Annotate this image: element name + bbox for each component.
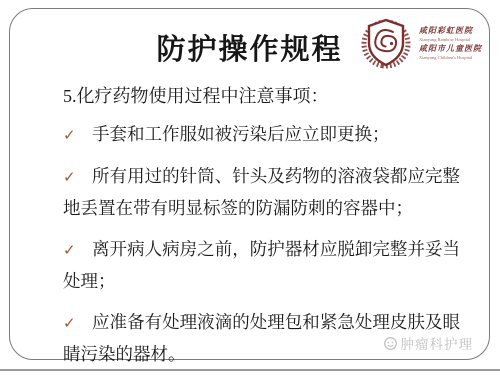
watermark-label: 肿瘤科护理: [401, 333, 474, 353]
check-icon: ✓: [63, 308, 92, 339]
hospital-names: 咸阳彩虹医院 Xianyang Rainbow Hospital 咸阳市儿童医院…: [419, 26, 483, 60]
bullet-item: ✓手套和工作服如被污染后应立即更换；: [63, 119, 460, 151]
bullet-text: 手套和工作服如被污染后应立即更换；: [92, 124, 390, 144]
bullet-item: ✓离开病人病房之前，防护器材应脱卸完整并妥当处理；: [63, 234, 460, 297]
hospital-logo: 咸阳彩虹医院 Xianyang Rainbow Hospital 咸阳市儿童医院…: [358, 17, 483, 69]
slide-body: 5.化疗药物使用过程中注意事项： ✓手套和工作服如被污染后应立即更换； ✓所有用…: [63, 81, 460, 375]
slide: 防护操作规程 咸阳彩虹医院 Xianyang Rainbow Hospital …: [9, 8, 490, 360]
watermark-face-icon: [383, 336, 398, 351]
bullet-text: 所有用过的针筒、针头及药物的溶液袋都应完整地丢置在带有明显标签的防漏防刺的容器中…: [63, 166, 460, 218]
hospital-shield-icon: [358, 17, 416, 69]
page-edge-divider: [0, 369, 500, 371]
page: 防护操作规程 咸阳彩虹医院 Xianyang Rainbow Hospital …: [0, 0, 500, 375]
bullet-text: 离开病人病房之前，防护器材应脱卸完整并妥当处理；: [63, 239, 460, 291]
hospital-name-cn-1: 咸阳彩虹医院: [419, 26, 483, 35]
check-icon: ✓: [63, 162, 92, 193]
hospital-name-en-1: Xianyang Rainbow Hospital: [419, 37, 483, 42]
check-icon: ✓: [63, 120, 92, 151]
hospital-name-cn-2: 咸阳市儿童医院: [419, 44, 483, 53]
section-heading: 5.化疗药物使用过程中注意事项：: [63, 81, 460, 111]
account-watermark: 肿瘤科护理: [383, 333, 474, 353]
hospital-name-en-2: Xianyang Children's Hospital: [419, 55, 483, 60]
check-icon: ✓: [63, 235, 92, 266]
bullet-item: ✓所有用过的针筒、针头及药物的溶液袋都应完整地丢置在带有明显标签的防漏防刺的容器…: [63, 161, 460, 224]
